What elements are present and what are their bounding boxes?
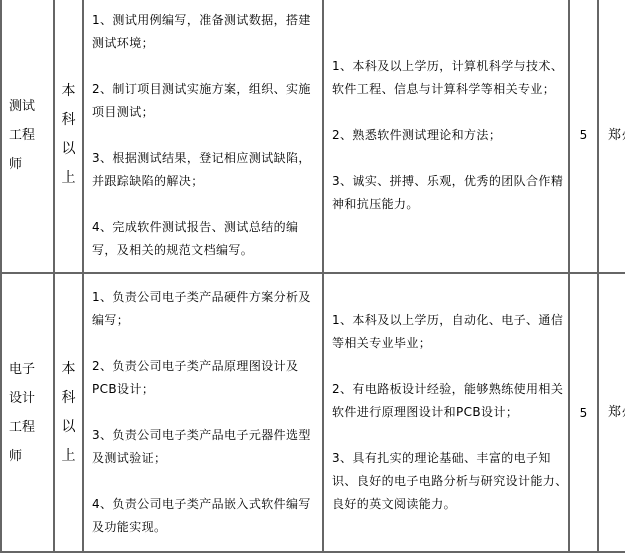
education-requirement: 本科以上 <box>61 355 77 471</box>
requirement-item: 3、具有扎实的理论基础、丰富的电子知识、良好的电子电路分析与研究设计能力、良好的… <box>332 447 568 516</box>
duty-item: 2、制订项目测试实施方案，组织、实施项目测试； <box>92 78 322 124</box>
job-title-cell: 测试工程师 <box>1 0 54 273</box>
job-table-container: 测试工程师 本科以上 1、测试用例编写，准备测试数据，搭建测试环境； 2、制订项… <box>0 0 625 553</box>
requirements-cell: 1、本科及以上学历，自动化、电子、通信等相关专业毕业； 2、有电路板设计经验，能… <box>323 273 569 552</box>
table-row: 电子设计工程师 本科以上 1、负责公司电子类产品硬件方案分析及编写； 2、负责公… <box>1 273 625 552</box>
education-cell: 本科以上 <box>54 273 83 552</box>
requirement-item: 3、诚实、拼搏、乐观，优秀的团队合作精神和抗压能力。 <box>332 170 568 216</box>
duty-item: 1、负责公司电子类产品硬件方案分析及编写； <box>92 286 322 332</box>
duty-item: 2、负责公司电子类产品原理图设计及PCB设计； <box>92 355 322 401</box>
location: 郑州 <box>608 405 625 420</box>
duty-item: 4、完成软件测试报告、测试总结的编写，及相关的规范文档编写。 <box>92 216 322 262</box>
education-requirement: 本科以上 <box>61 77 77 193</box>
location-cell: 郑州 <box>598 273 625 552</box>
headcount: 5 <box>580 128 588 142</box>
duty-item: 1、测试用例编写，准备测试数据，搭建测试环境； <box>92 9 322 55</box>
requirements-cell: 1、本科及以上学历，计算机科学与技术、软件工程、信息与计算科学等相关专业； 2、… <box>323 0 569 273</box>
duties-cell: 1、负责公司电子类产品硬件方案分析及编写； 2、负责公司电子类产品原理图设计及P… <box>83 273 323 552</box>
duty-item: 3、负责公司电子类产品电子元器件选型及测试验证； <box>92 424 322 470</box>
job-title-cell: 电子设计工程师 <box>1 273 54 552</box>
table-row: 测试工程师 本科以上 1、测试用例编写，准备测试数据，搭建测试环境； 2、制订项… <box>1 0 625 273</box>
job-title: 电子设计工程师 <box>9 355 39 471</box>
requirement-item: 1、本科及以上学历，计算机科学与技术、软件工程、信息与计算科学等相关专业； <box>332 55 568 101</box>
requirement-item: 2、有电路板设计经验，能够熟练使用相关软件进行原理图设计和PCB设计； <box>332 378 568 424</box>
job-openings-table: 测试工程师 本科以上 1、测试用例编写，准备测试数据，搭建测试环境； 2、制订项… <box>0 0 625 553</box>
duties-cell: 1、测试用例编写，准备测试数据，搭建测试环境； 2、制订项目测试实施方案，组织、… <box>83 0 323 273</box>
headcount-cell: 5 <box>569 273 598 552</box>
location: 郑州 <box>608 128 625 143</box>
requirement-item: 2、熟悉软件测试理论和方法； <box>332 124 568 147</box>
education-cell: 本科以上 <box>54 0 83 273</box>
headcount-cell: 5 <box>569 0 598 273</box>
requirement-item: 1、本科及以上学历，自动化、电子、通信等相关专业毕业； <box>332 309 568 355</box>
job-title: 测试工程师 <box>9 92 39 179</box>
duty-item: 3、根据测试结果，登记相应测试缺陷，并跟踪缺陷的解决； <box>92 147 322 193</box>
location-cell: 郑州 <box>598 0 625 273</box>
duty-item: 4、负责公司电子类产品嵌入式软件编写及功能实现。 <box>92 493 322 539</box>
headcount: 5 <box>580 406 588 420</box>
